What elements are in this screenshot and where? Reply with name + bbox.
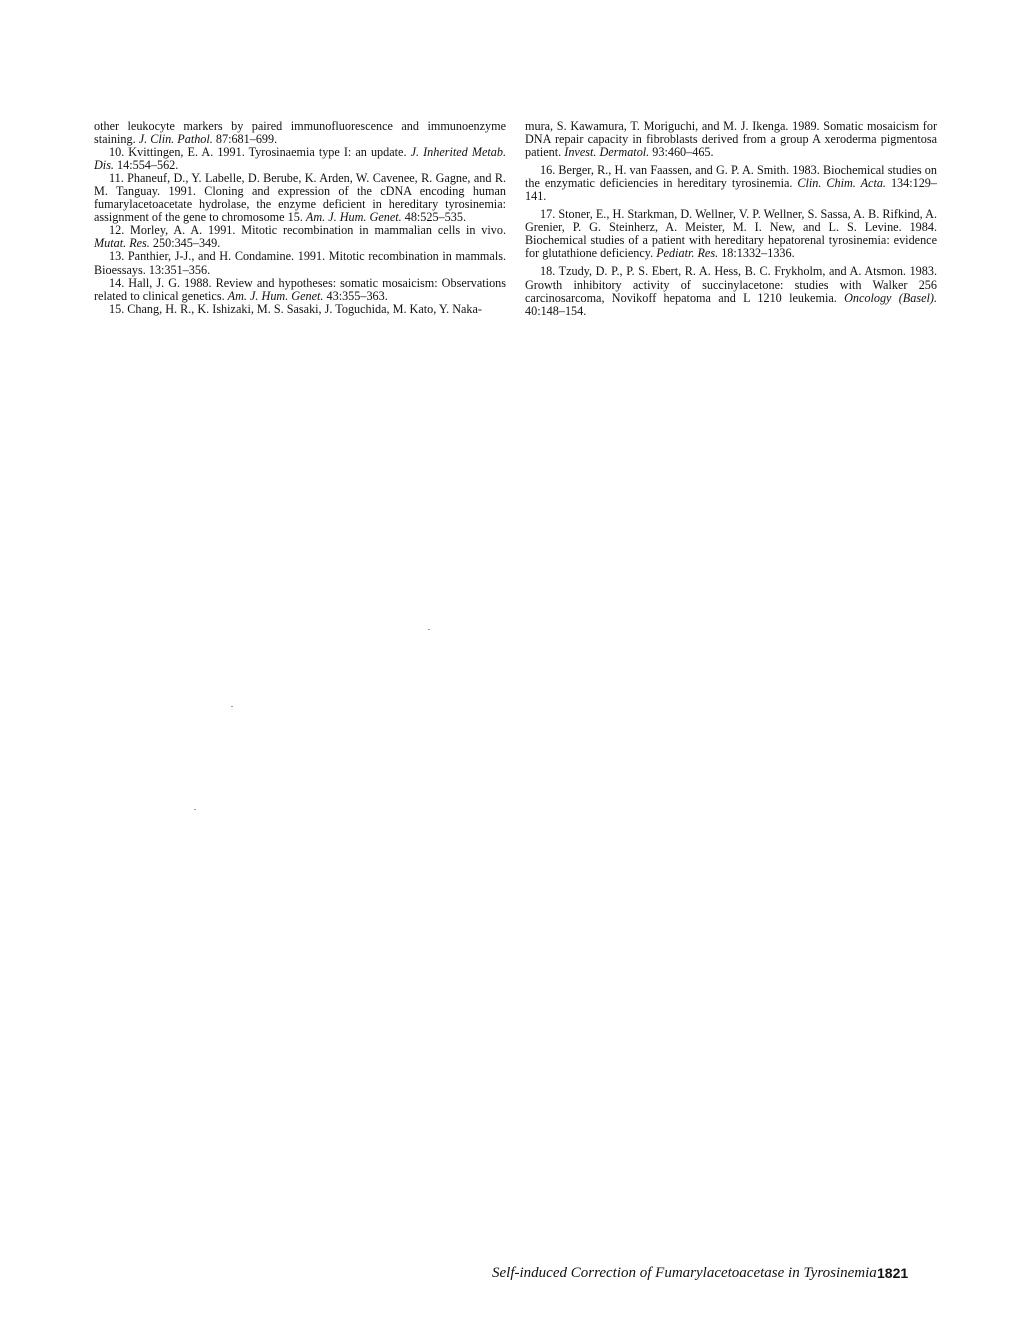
reference-entry: 17. Stoner, E., H. Starkman, D. Wellner,… <box>525 208 937 260</box>
journal-name: Mutat. Res. <box>94 236 150 250</box>
journal-name: Clin. Chim. Acta. <box>797 176 886 190</box>
reference-text: 15. Chang, H. R., K. Ishizaki, M. S. Sas… <box>109 302 482 316</box>
reference-entry: 12. Morley, A. A. 1991. Mitotic recombin… <box>94 224 506 250</box>
scan-artifact <box>231 706 233 707</box>
reference-continuation: mura, S. Kawamura, T. Moriguchi, and M. … <box>525 120 937 159</box>
running-title: Self-induced Correction of Fumarylacetoa… <box>492 1265 877 1281</box>
reference-entry: 14. Hall, J. G. 1988. Review and hypothe… <box>94 277 506 303</box>
reference-text: 40:148–154. <box>525 304 586 318</box>
references-left-column: other leukocyte markers by paired immuno… <box>94 120 506 316</box>
reference-text: 18:1332–1336. <box>718 246 795 260</box>
reference-text: 14:554–562. <box>114 158 178 172</box>
reference-entry: 15. Chang, H. R., K. Ishizaki, M. S. Sas… <box>94 303 506 316</box>
journal-name: Oncology (Basel). <box>844 291 937 305</box>
reference-entry: 10. Kvittingen, E. A. 1991. Tyrosinaemia… <box>94 146 506 172</box>
scan-artifact <box>194 809 196 810</box>
reference-text: 43:355–363. <box>323 289 387 303</box>
reference-text: 87:681–699. <box>213 132 277 146</box>
reference-text: 12. Morley, A. A. 1991. Mitotic recombin… <box>109 223 506 237</box>
reference-text: 250:345–349. <box>150 236 220 250</box>
journal-name: Pediatr. Res. <box>656 246 718 260</box>
reference-continuation: other leukocyte markers by paired immuno… <box>94 120 506 146</box>
journal-name: J. Clin. Pathol. <box>139 132 213 146</box>
reference-entry: 11. Phaneuf, D., Y. Labelle, D. Berube, … <box>94 172 506 224</box>
reference-entry: 16. Berger, R., H. van Faassen, and G. P… <box>525 164 937 203</box>
journal-name: Am. J. Hum. Genet. <box>228 289 324 303</box>
reference-text: 93:460–465. <box>649 145 713 159</box>
journal-name: Invest. Dermatol. <box>564 145 649 159</box>
reference-text: 48:525–535. <box>402 210 466 224</box>
journal-name: Am. J. Hum. Genet. <box>306 210 402 224</box>
page-footer: Self-induced Correction of Fumarylacetoa… <box>492 1265 912 1282</box>
references-right-column: mura, S. Kawamura, T. Moriguchi, and M. … <box>525 120 937 318</box>
reference-text: 10. Kvittingen, E. A. 1991. Tyrosinaemia… <box>109 145 411 159</box>
reference-text: 13. Panthier, J-J., and H. Condamine. 19… <box>94 249 506 276</box>
reference-entry: 18. Tzudy, D. P., P. S. Ebert, R. A. Hes… <box>525 265 937 317</box>
scan-artifact <box>428 629 430 630</box>
reference-entry: 13. Panthier, J-J., and H. Condamine. 19… <box>94 250 506 276</box>
page-number: 1821 <box>877 1265 908 1281</box>
